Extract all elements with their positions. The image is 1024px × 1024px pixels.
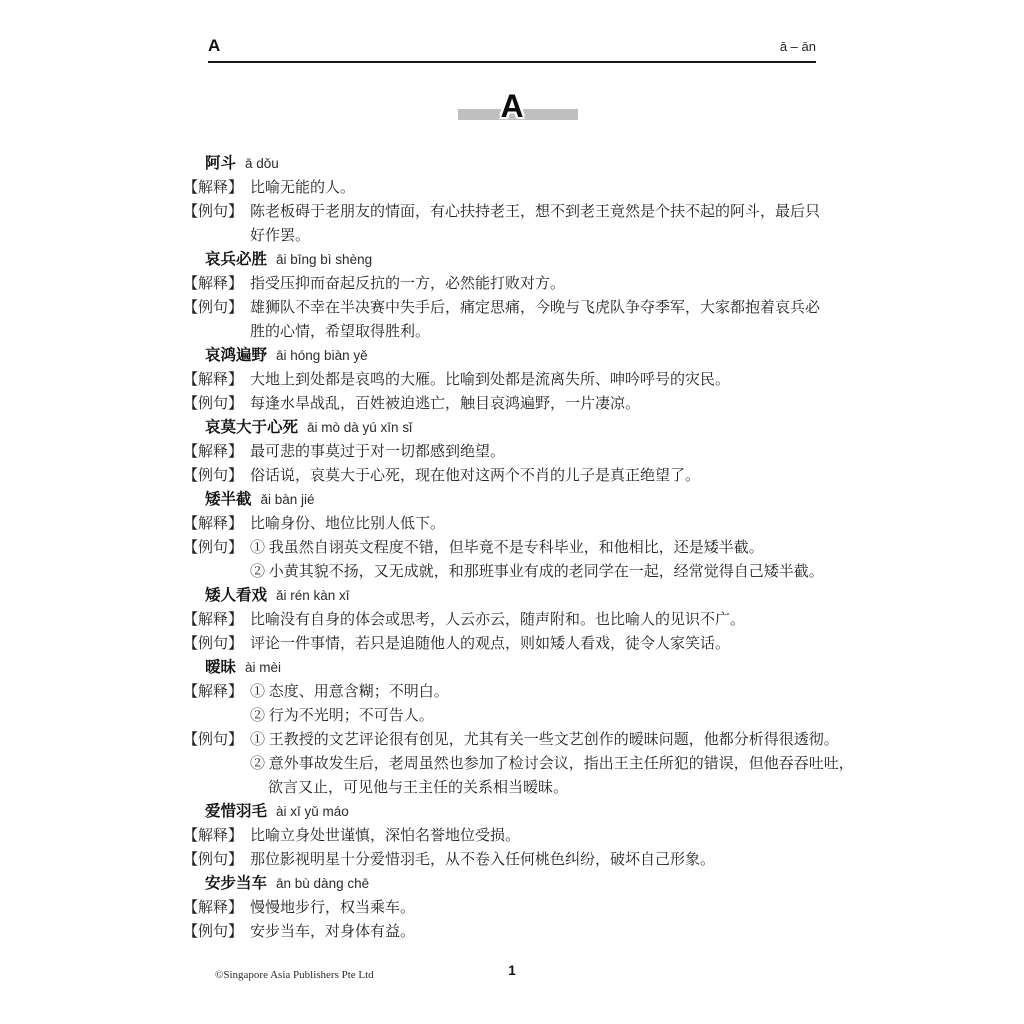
explain-label: 【解释】 <box>183 272 250 296</box>
entry-pinyin: āi hóng biàn yě <box>276 348 368 363</box>
entry-pinyin: ǎi rén kàn xī <box>276 588 350 603</box>
entry-headword: 矮人看戏 <box>205 587 267 604</box>
explain-section: 【解释】 比喻身份、地位比别人低下。 <box>183 512 848 536</box>
entry-headword: 哀莫大于心死 <box>205 419 298 436</box>
example-line: ① 王教授的文艺评论很有创见，尤其有关一些文艺创作的暧昧问题，他都分析得很透彻。 <box>250 728 854 752</box>
example-section: 【例句】 俗话说，哀莫大于心死，现在他对这两个不肖的儿子是真正绝望了。 <box>183 464 848 488</box>
explain-line: 比喻立身处世谨慎，深怕名誉地位受损。 <box>250 824 848 848</box>
dictionary-entry: 哀兵必胜āi bīng bì shèng 【解释】 指受压抑而奋起反抗的一方，必… <box>183 248 848 344</box>
entry-headword-line: 哀鸿遍野āi hóng biàn yě <box>183 344 848 368</box>
entry-headword-line: 哀兵必胜āi bīng bì shèng <box>183 248 848 272</box>
example-label: 【例句】 <box>183 392 250 416</box>
example-line: 胜的心情，希望取得胜利。 <box>250 320 848 344</box>
dictionary-page: A ā – ān A 阿斗ā dǒu 【解释】 比喻无能的人。 【例句】 陈老板… <box>0 0 1024 1024</box>
explain-label: 【解释】 <box>183 440 250 464</box>
explain-label: 【解释】 <box>183 176 250 200</box>
explain-label: 【解释】 <box>183 680 250 704</box>
explain-line: 比喻身份、地位比别人低下。 <box>250 512 848 536</box>
example-line-continuation: 欲言又止，可见他与王主任的关系相当暧昧。 <box>250 776 854 800</box>
example-section: 【例句】 ① 王教授的文艺评论很有创见，尤其有关一些文艺创作的暧昧问题，他都分析… <box>183 728 848 800</box>
example-section: 【例句】 每逢水旱战乱，百姓被迫逃亡，触目哀鸿遍野，一片凄凉。 <box>183 392 848 416</box>
entry-headword: 爱惜羽毛 <box>205 803 267 820</box>
explain-section: 【解释】 最可悲的事莫过于对一切都感到绝望。 <box>183 440 848 464</box>
example-line: 俗话说，哀莫大于心死，现在他对这两个不肖的儿子是真正绝望了。 <box>250 464 848 488</box>
explain-label: 【解释】 <box>183 896 250 920</box>
entry-headword-line: 矮半截ǎi bàn jié <box>183 488 848 512</box>
header-pinyin-range: ā – ān <box>780 39 816 54</box>
explain-section: 【解释】 慢慢地步行，权当乘车。 <box>183 896 848 920</box>
entry-headword-line: 爱惜羽毛ài xī yǔ máo <box>183 800 848 824</box>
explain-section: 【解释】 ① 态度、用意含糊；不明白。 ② 行为不光明；不可告人。 <box>183 680 848 728</box>
entry-headword-line: 暧昧ài mèi <box>183 656 848 680</box>
example-line: ① 我虽然自诩英文程度不错，但毕竟不是专科毕业，和他相比，还是矮半截。 <box>250 536 848 560</box>
example-label: 【例句】 <box>183 200 250 224</box>
entry-pinyin: āi bīng bì shèng <box>276 252 372 267</box>
explain-line: 比喻无能的人。 <box>250 176 848 200</box>
explain-label: 【解释】 <box>183 824 250 848</box>
example-label: 【例句】 <box>183 920 250 944</box>
dictionary-entry: 暧昧ài mèi 【解释】 ① 态度、用意含糊；不明白。 ② 行为不光明；不可告… <box>183 656 848 800</box>
entry-pinyin: ān bù dàng chē <box>276 876 369 891</box>
dictionary-entry: 爱惜羽毛ài xī yǔ máo 【解释】 比喻立身处世谨慎，深怕名誉地位受损。… <box>183 800 848 872</box>
entry-pinyin: ǎi bàn jié <box>261 492 315 507</box>
entry-headword: 哀鸿遍野 <box>205 347 267 364</box>
example-line: 那位影视明星十分爱惜羽毛，从不卷入任何桃色纠纷，破坏自己形象。 <box>250 848 848 872</box>
header-section-letter: A <box>208 36 220 56</box>
example-section: 【例句】 评论一件事情，若只是追随他人的观点，则如矮人看戏，徒令人家笑话。 <box>183 632 848 656</box>
example-line: 安步当车，对身体有益。 <box>250 920 848 944</box>
entry-headword-line: 矮人看戏ǎi rén kàn xī <box>183 584 848 608</box>
entry-pinyin: ā dǒu <box>245 156 279 171</box>
entry-headword: 阿斗 <box>205 155 236 172</box>
example-label: 【例句】 <box>183 464 250 488</box>
explain-label: 【解释】 <box>183 512 250 536</box>
footer-page-number: 1 <box>0 963 1024 978</box>
example-label: 【例句】 <box>183 728 250 752</box>
section-title-letter: A <box>500 88 523 124</box>
dictionary-entry: 阿斗ā dǒu 【解释】 比喻无能的人。 【例句】 陈老板碍于老朋友的情面，有心… <box>183 152 848 248</box>
explain-line: 比喻没有自身的体会或思考，人云亦云，随声附和。也比喻人的见识不广。 <box>250 608 848 632</box>
entry-headword-line: 哀莫大于心死āi mò dà yú xīn sǐ <box>183 416 848 440</box>
entry-pinyin: ài xī yǔ máo <box>276 804 349 819</box>
entry-headword-line: 安步当车ān bù dàng chē <box>183 872 848 896</box>
dictionary-entry: 矮半截ǎi bàn jié 【解释】 比喻身份、地位比别人低下。 【例句】 ① … <box>183 488 848 584</box>
example-line: ② 意外事故发生后，老周虽然也参加了检讨会议，指出王主任所犯的错误，但他吞吞吐吐… <box>250 752 854 776</box>
example-label: 【例句】 <box>183 536 250 560</box>
explain-label: 【解释】 <box>183 368 250 392</box>
explain-section: 【解释】 比喻没有自身的体会或思考，人云亦云，随声附和。也比喻人的见识不广。 <box>183 608 848 632</box>
explain-section: 【解释】 比喻无能的人。 <box>183 176 848 200</box>
entry-headword: 暧昧 <box>205 659 236 676</box>
dictionary-entry: 矮人看戏ǎi rén kàn xī 【解释】 比喻没有自身的体会或思考，人云亦云… <box>183 584 848 656</box>
dictionary-entry: 哀鸿遍野āi hóng biàn yě 【解释】 大地上到处都是哀鸣的大雁。比喻… <box>183 344 848 416</box>
explain-section: 【解释】 比喻立身处世谨慎，深怕名誉地位受损。 <box>183 824 848 848</box>
entries-column: 阿斗ā dǒu 【解释】 比喻无能的人。 【例句】 陈老板碍于老朋友的情面，有心… <box>183 152 848 944</box>
explain-line: 慢慢地步行，权当乘车。 <box>250 896 848 920</box>
header-rule <box>208 61 816 63</box>
section-banner: A <box>0 88 1024 128</box>
explain-line: 指受压抑而奋起反抗的一方，必然能打败对方。 <box>250 272 848 296</box>
example-line: ② 小黄其貌不扬，又无成就，和那班事业有成的老同学在一起，经常觉得自己矮半截。 <box>250 560 848 584</box>
example-label: 【例句】 <box>183 848 250 872</box>
example-section: 【例句】 那位影视明星十分爱惜羽毛，从不卷入任何桃色纠纷，破坏自己形象。 <box>183 848 848 872</box>
entry-headword: 矮半截 <box>205 491 252 508</box>
example-section: 【例句】 安步当车，对身体有益。 <box>183 920 848 944</box>
example-line: 评论一件事情，若只是追随他人的观点，则如矮人看戏，徒令人家笑话。 <box>250 632 848 656</box>
entry-pinyin: āi mò dà yú xīn sǐ <box>307 420 412 435</box>
explain-section: 【解释】 大地上到处都是哀鸣的大雁。比喻到处都是流离失所、呻吟呼号的灾民。 <box>183 368 848 392</box>
example-label: 【例句】 <box>183 632 250 656</box>
example-line: 陈老板碍于老朋友的情面，有心扶持老王，想不到老王竟然是个扶不起的阿斗，最后只 <box>250 200 848 224</box>
example-section: 【例句】 陈老板碍于老朋友的情面，有心扶持老王，想不到老王竟然是个扶不起的阿斗，… <box>183 200 848 248</box>
example-section: 【例句】 ① 我虽然自诩英文程度不错，但毕竟不是专科毕业，和他相比，还是矮半截。… <box>183 536 848 584</box>
explain-line: 最可悲的事莫过于对一切都感到绝望。 <box>250 440 848 464</box>
entry-pinyin: ài mèi <box>245 660 281 675</box>
entry-headword: 哀兵必胜 <box>205 251 267 268</box>
dictionary-entry: 哀莫大于心死āi mò dà yú xīn sǐ 【解释】 最可悲的事莫过于对一… <box>183 416 848 488</box>
example-label: 【例句】 <box>183 296 250 320</box>
example-line: 好作罢。 <box>250 224 848 248</box>
example-section: 【例句】 雄狮队不幸在半决赛中失手后，痛定思痛，今晚与飞虎队争夺季军，大家都抱着… <box>183 296 848 344</box>
entry-headword: 安步当车 <box>205 875 267 892</box>
explain-line: ② 行为不光明；不可告人。 <box>250 704 848 728</box>
explain-label: 【解释】 <box>183 608 250 632</box>
explain-section: 【解释】 指受压抑而奋起反抗的一方，必然能打败对方。 <box>183 272 848 296</box>
dictionary-entry: 安步当车ān bù dàng chē 【解释】 慢慢地步行，权当乘车。 【例句】… <box>183 872 848 944</box>
entry-headword-line: 阿斗ā dǒu <box>183 152 848 176</box>
example-line: 每逢水旱战乱，百姓被迫逃亡，触目哀鸿遍野，一片凄凉。 <box>250 392 848 416</box>
example-line: 雄狮队不幸在半决赛中失手后，痛定思痛，今晚与飞虎队争夺季军，大家都抱着哀兵必 <box>250 296 848 320</box>
explain-line: ① 态度、用意含糊；不明白。 <box>250 680 848 704</box>
explain-line: 大地上到处都是哀鸣的大雁。比喻到处都是流离失所、呻吟呼号的灾民。 <box>250 368 848 392</box>
